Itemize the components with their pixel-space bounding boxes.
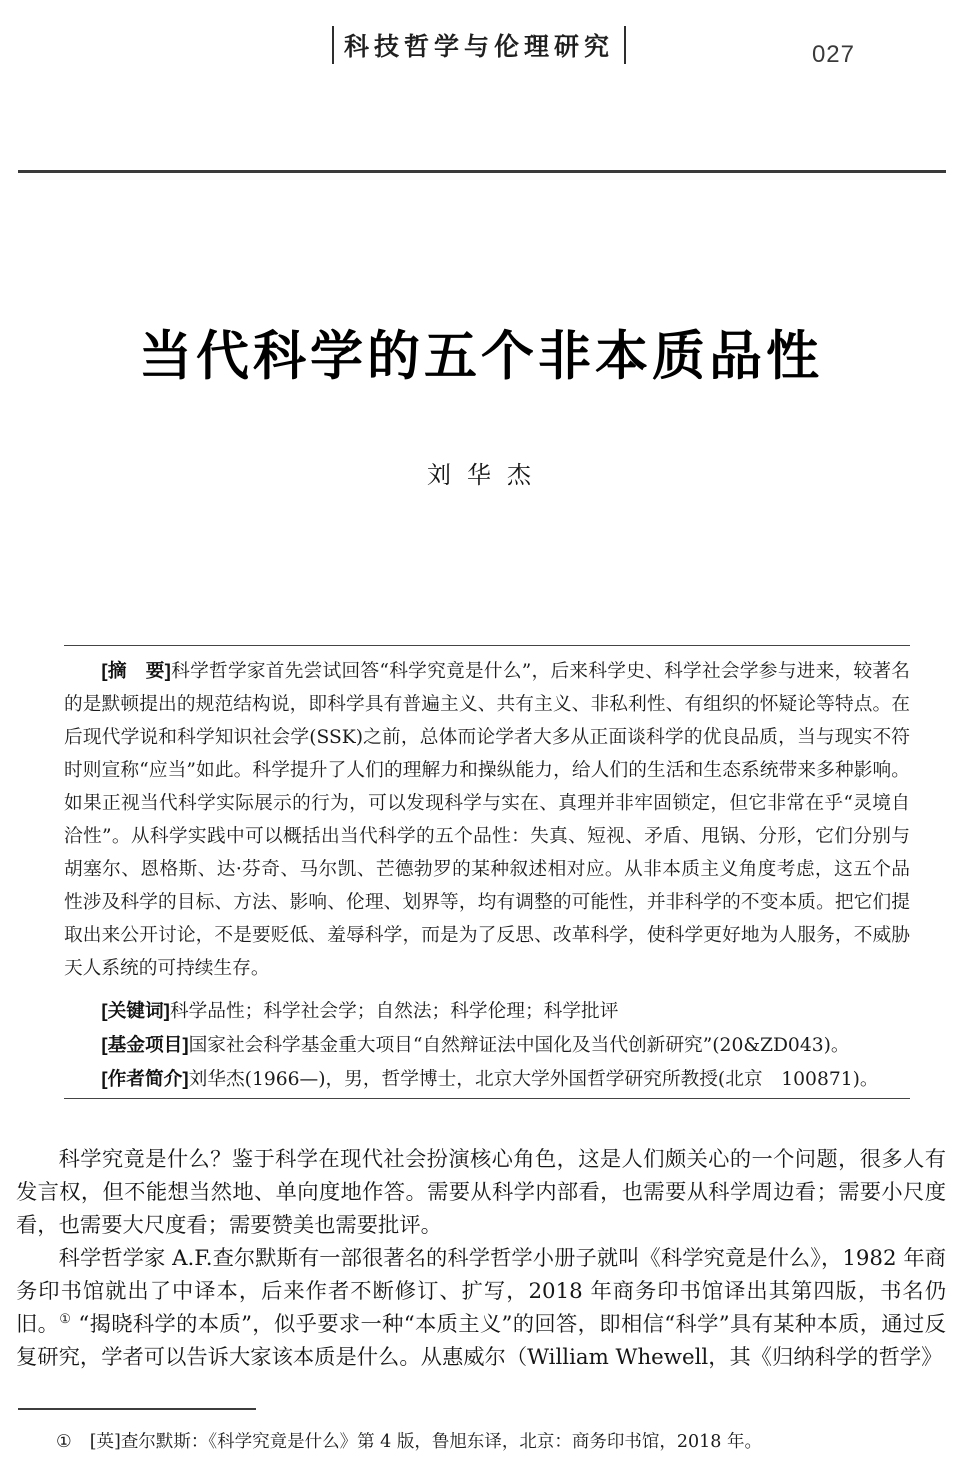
header-rule <box>18 170 946 173</box>
footnote-text: [英]查尔默斯：《科学究竟是什么》第 4 版，鲁旭东译，北京：商务印书馆，201… <box>90 1432 762 1452</box>
footnote-area: ①[英]查尔默斯：《科学究竟是什么》第 4 版，鲁旭东译，北京：商务印书馆，20… <box>16 1429 946 1455</box>
body-text: 科学究竟是什么？鉴于科学在现代社会扮演核心角色，这是人们颇关心的一个问题，很多人… <box>16 1143 946 1374</box>
front-matter-block: [摘 要]科学哲学家首先尝试回答“科学究竟是什么”，后来科学史、科学社会学参与进… <box>64 645 910 1099</box>
author-bio-label: [作者简介] <box>101 1068 188 1089</box>
running-head-title: 科技哲学与伦理研究 <box>334 27 624 63</box>
fund-line: [基金项目]国家社会科学基金重大项目“自然辩证法中国化及当代创新研究”(20&Z… <box>64 1028 910 1062</box>
footnote-separator-rule <box>18 1408 256 1410</box>
abstract-paragraph: [摘 要]科学哲学家首先尝试回答“科学究竟是什么”，后来科学史、科学社会学参与进… <box>64 654 910 985</box>
running-head-right-bar <box>624 26 626 64</box>
keywords-text: 科学品性；科学社会学；自然法；科学伦理；科学批评 <box>170 1001 619 1022</box>
body-paragraph-2-continued: “揭晓科学的本质”，似乎要求一种“本质主义”的回答，即相信“科学”具有某种本质，… <box>16 1312 946 1370</box>
journal-page: 科技哲学与伦理研究 027 当代科学的五个非本质品性 刘华杰 [摘 要]科学哲学… <box>0 0 958 1476</box>
page-number: 027 <box>812 41 855 69</box>
body-paragraph-1: 科学究竟是什么？鉴于科学在现代社会扮演核心角色，这是人们颇关心的一个问题，很多人… <box>16 1143 946 1242</box>
author-bio-line: [作者简介]刘华杰(1966—)，男，哲学博士，北京大学外国哲学研究所教授(北京… <box>64 1062 910 1096</box>
footnote-reference-mark: ① <box>59 1312 71 1327</box>
author-bio-text: 刘华杰(1966—)，男，哲学博士，北京大学外国哲学研究所教授(北京 10087… <box>189 1069 879 1090</box>
abstract-text: 科学哲学家首先尝试回答“科学究竟是什么”，后来科学史、科学社会学参与进来，较著名… <box>64 661 910 979</box>
body-paragraph-2: 科学哲学家 A.F.查尔默斯有一部很著名的科学哲学小册子就叫《科学究竟是什么》，… <box>16 1242 946 1374</box>
footnote-marker: ① <box>56 1432 72 1452</box>
article-author: 刘华杰 <box>0 457 958 493</box>
footnote-entry: ①[英]查尔默斯：《科学究竟是什么》第 4 版，鲁旭东译，北京：商务印书馆，20… <box>16 1429 946 1455</box>
article-title: 当代科学的五个非本质品性 <box>0 316 958 396</box>
running-head-inner: 科技哲学与伦理研究 <box>332 26 626 64</box>
keywords-line: [关键词]科学品性；科学社会学；自然法；科学伦理；科学批评 <box>64 994 910 1028</box>
abstract-label: [摘 要] <box>101 660 171 681</box>
fund-label: [基金项目] <box>101 1034 188 1055</box>
fund-text: 国家社会科学基金重大项目“自然辩证法中国化及当代创新研究”(20&ZD043)。 <box>189 1035 850 1056</box>
keywords-label: [关键词] <box>101 1000 170 1021</box>
